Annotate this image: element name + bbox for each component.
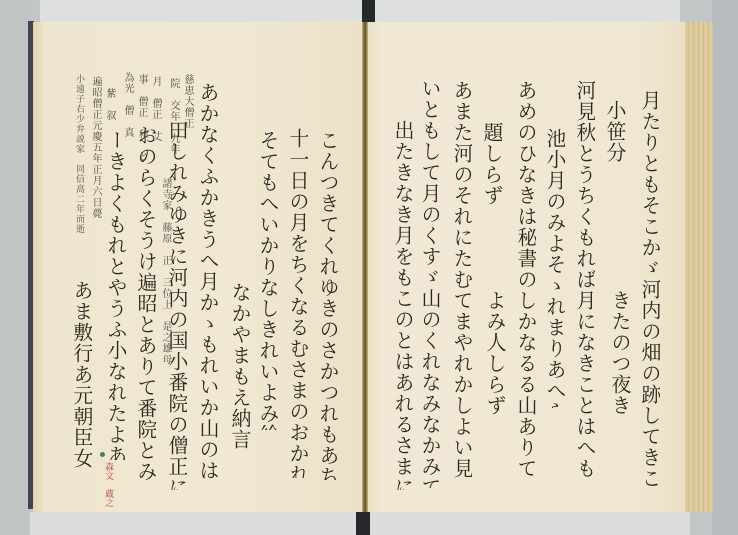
- annotation: 月 僧正 丈: [150, 76, 160, 142]
- text-column: おのらくそうけ遍昭とありて番院とみへれん: [136, 125, 156, 485]
- text-column: こんつきてくれゆきのさかつれもあちらしへのゆるなりけるに: [318, 130, 338, 480]
- spine-clip-bottom: [356, 512, 370, 535]
- annotation: 紫 叙: [104, 88, 114, 121]
- page-edge-stack: [685, 22, 713, 512]
- text-column: 題しらず: [482, 122, 502, 206]
- text-column: そてもへいかりなしきれいよみ給へる: [258, 130, 278, 430]
- text-column: よみ人しらず: [485, 290, 505, 416]
- background-left: [0, 0, 30, 535]
- text-column: なかやまもえ納言: [230, 282, 250, 450]
- text-column: 十一日の月をちくなるむさまのおかれたのしにけるに: [288, 128, 308, 478]
- text-column: 池小月のみよそゝれまりあへら: [545, 128, 565, 408]
- annotation: 為光 僧 真: [122, 72, 132, 138]
- text-column: 小笹分: [605, 100, 625, 163]
- annotation: 院 交年 九年: [168, 78, 178, 155]
- text-column: 出たきなき月をもこのとはあれるさまにあゆるふ: [393, 120, 413, 490]
- annotation: 事 僧正 和 と: [136, 74, 146, 162]
- text-column: 月たりともそこかゞ河内の畑の跡してきこえなりけり: [640, 90, 660, 490]
- text-column: きたのつ夜き: [610, 290, 630, 416]
- background-right: [712, 0, 738, 535]
- annotation: 遍昭僧正元慶五年正月六日薨: [90, 76, 100, 219]
- text-column: あまた河のそれにたむてまやれかしよい見る月のなり: [452, 80, 472, 480]
- text-column: あま敷行あ元朝臣女: [72, 280, 92, 480]
- text-column: あめのひなきは秘書のしかなるる山ありてくれの月を: [516, 80, 536, 480]
- text-column: いともして月のくすゞ山のくれなみなかみてつめをしる: [420, 78, 440, 488]
- spine-clip-top: [362, 0, 375, 22]
- text-column: あかなくふかきうへ月かゝもれいか山のはにすきてゆかしわれん: [198, 82, 218, 482]
- text-column: 河見秋とうちくもれば月になきことはへもあふ人は: [575, 80, 595, 480]
- background-top: [40, 0, 680, 22]
- annotation: 小遠子右少弁説家 同信高二年而逝: [74, 74, 83, 234]
- annotation: 慈恵大僧正: [182, 74, 192, 129]
- book-gutter: [362, 22, 368, 512]
- green-ink-mark: [100, 452, 105, 457]
- annotation: 諸寺家 藤原 正 三位上 是之雄母: [160, 178, 170, 365]
- red-seal-mark: 森文 蔵之: [102, 462, 115, 507]
- text-column: ーきよくもれとやうふ小なれたよあ波: [106, 130, 126, 460]
